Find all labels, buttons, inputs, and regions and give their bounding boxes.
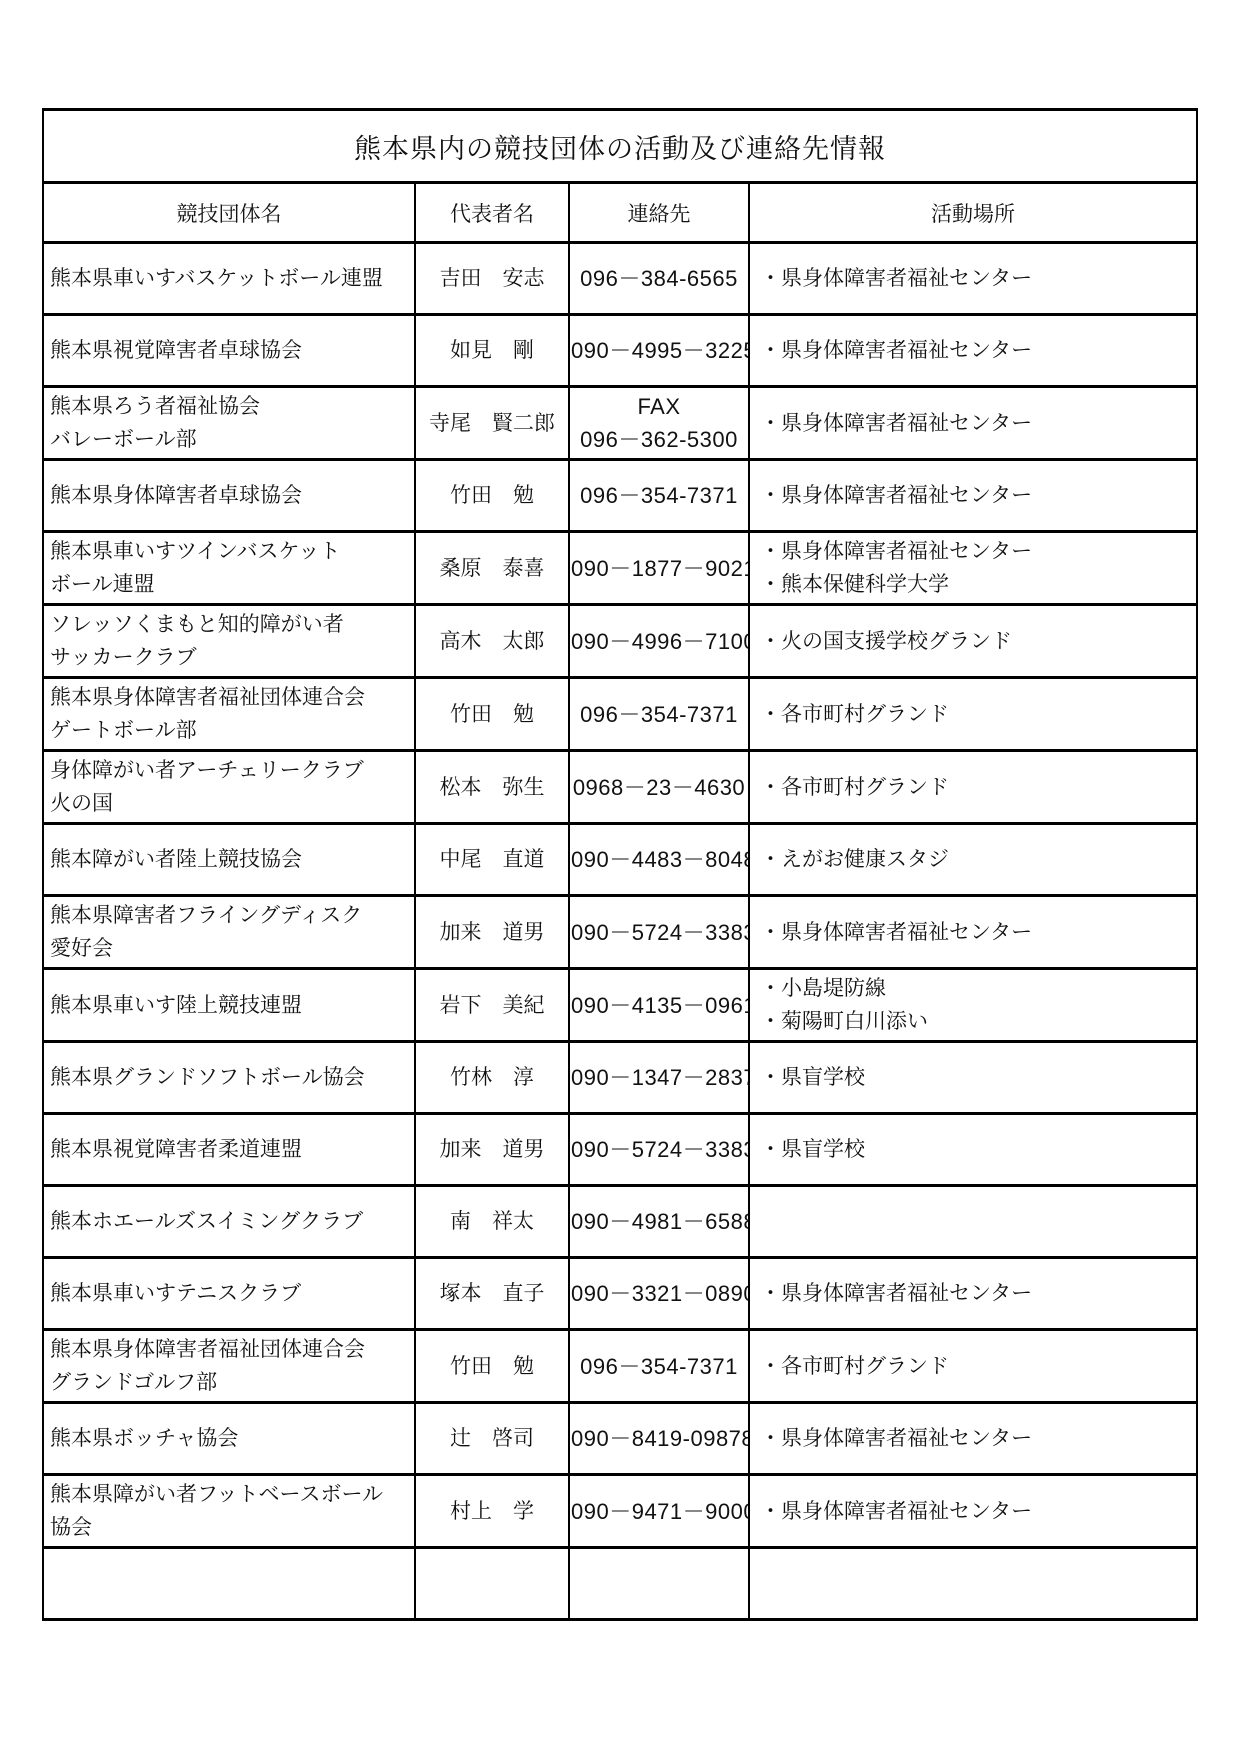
contact-cell: 096－384-6565 [569,243,749,315]
organization-cell [43,1548,415,1620]
location-cell: ・各市町村グランド [749,1330,1197,1403]
cell-line: 090－9471－9000 [571,1495,747,1528]
organization-cell: 熊本県身体障害者卓球協会 [43,460,415,532]
cell-line: ソレッソくまもと知的障がい者 [50,608,410,641]
location-cell: ・県身体障害者福祉センター [749,387,1197,460]
organization-cell: ソレッソくまもと知的障がい者サッカークラブ [43,605,415,678]
cell-line: 吉田 安志 [417,262,567,295]
cell-line: 090－8419-09878 [571,1422,747,1455]
organization-cell: 熊本県身体障害者福祉団体連合会グランドゴルフ部 [43,1330,415,1403]
representative-cell: 竹田 勉 [415,460,569,532]
cell-line: 熊本障がい者陸上競技協会 [50,843,410,876]
cell-line: 寺尾 賢二郎 [417,407,567,440]
contact-cell: 096－354-7371 [569,678,749,751]
cell-line: 熊本県ろう者福祉協会 [50,390,410,423]
cell-line: 加来 道男 [417,1133,567,1166]
representative-cell: 村上 学 [415,1475,569,1548]
cell-line: 096－362-5300 [571,423,747,456]
organization-cell: 熊本県グランドソフトボール協会 [43,1042,415,1114]
table-row: 熊本県身体障害者福祉団体連合会グランドゴルフ部竹田 勉096－354-7371・… [43,1330,1197,1403]
representative-cell: 加来 道男 [415,1114,569,1186]
cell-line: ・県身体障害者福祉センター [760,535,1192,568]
cell-line: 愛好会 [50,932,410,965]
table-row: 熊本県視覚障害者卓球協会如見 剛090－4995－3225・県身体障害者福祉セン… [43,315,1197,387]
table-row: 熊本県車いす陸上競技連盟岩下 美紀090－4135－0961・小島堤防線・菊陽町… [43,969,1197,1042]
table-row: 熊本県車いすバスケットボール連盟吉田 安志096－384-6565・県身体障害者… [43,243,1197,315]
contact-cell: 090－9471－9000 [569,1475,749,1548]
cell-line: 熊本県車いすテニスクラブ [50,1277,410,1310]
cell-line: 如見 剛 [417,334,567,367]
representative-cell: 桑原 泰喜 [415,532,569,605]
cell-line: 熊本県視覚障害者卓球協会 [50,334,410,367]
table-title-row: 熊本県内の競技団体の活動及び連絡先情報 [43,110,1197,183]
contact-cell: 090－4135－0961 [569,969,749,1042]
representative-cell: 辻 啓司 [415,1403,569,1475]
location-cell: ・各市町村グランド [749,751,1197,824]
cell-line: 0968－23－4630 [571,771,747,804]
cell-line: 松本 弥生 [417,771,567,804]
cell-line: 熊本県障がい者フットベースボール [50,1478,410,1511]
cell-line: ・各市町村グランド [760,698,1192,731]
cell-line: 竹田 勉 [417,479,567,512]
cell-line: 熊本ホエールズスイミングクラブ [50,1205,410,1238]
representative-cell: 高木 太郎 [415,605,569,678]
representative-cell: 塚本 直子 [415,1258,569,1330]
location-cell: ・県身体障害者福祉センター [749,896,1197,969]
location-cell: ・県身体障害者福祉センター [749,460,1197,532]
contact-cell: 090－3321－0890 [569,1258,749,1330]
organization-cell: 熊本県車いすバスケットボール連盟 [43,243,415,315]
cell-line: 熊本県車いすツインバスケット [50,535,410,568]
cell-line: 辻 啓司 [417,1422,567,1455]
table-row: 熊本障がい者陸上競技協会中尾 直道090－4483－8048・えがお健康スタジ [43,824,1197,896]
table-row: 熊本県グランドソフトボール協会竹林 淳090－1347－2837・県盲学校 [43,1042,1197,1114]
location-cell: ・各市町村グランド [749,678,1197,751]
cell-line: グランドゴルフ部 [50,1366,410,1399]
location-cell: ・県盲学校 [749,1114,1197,1186]
contact-info-table: 熊本県内の競技団体の活動及び連絡先情報 競技団体名 代表者名 連絡先 活動場所 … [42,108,1198,1621]
representative-cell: 吉田 安志 [415,243,569,315]
cell-line: 火の国 [50,787,410,820]
table-row: 身体障がい者アーチェリークラブ火の国松本 弥生0968－23－4630・各市町村… [43,751,1197,824]
table-row [43,1548,1197,1620]
cell-line: 桑原 泰喜 [417,552,567,585]
cell-line: 竹田 勉 [417,698,567,731]
location-cell: ・県身体障害者福祉センター [749,315,1197,387]
representative-cell: 竹田 勉 [415,1330,569,1403]
contact-cell: 0968－23－4630 [569,751,749,824]
cell-line: ・県身体障害者福祉センター [760,1277,1192,1310]
location-cell: ・県身体障害者福祉センター [749,243,1197,315]
cell-line: ・県身体障害者福祉センター [760,1422,1192,1455]
cell-line: 090－5724－3383 [571,916,747,949]
contact-cell: 090－1877－9021 [569,532,749,605]
contact-cell: 090－4996－7100 [569,605,749,678]
table-header-row: 競技団体名 代表者名 連絡先 活動場所 [43,183,1197,243]
cell-line: 090－4995－3225 [571,334,747,367]
cell-line: ・県身体障害者福祉センター [760,916,1192,949]
cell-line: ・県身体障害者福祉センター [760,407,1192,440]
representative-cell: 加来 道男 [415,896,569,969]
location-cell: ・県盲学校 [749,1042,1197,1114]
cell-line: 096－354-7371 [571,698,747,731]
cell-line: 096－384-6565 [571,262,747,295]
cell-line: 090－4135－0961 [571,989,747,1022]
cell-line: 熊本県身体障害者福祉団体連合会 [50,1333,410,1366]
cell-line: ・県盲学校 [760,1133,1192,1166]
cell-line: サッカークラブ [50,641,410,674]
column-header-location: 活動場所 [749,183,1197,243]
organization-cell: 熊本県車いすテニスクラブ [43,1258,415,1330]
organization-cell: 熊本県車いす陸上競技連盟 [43,969,415,1042]
cell-line: ・えがお健康スタジ [760,843,1192,876]
table-row: 熊本県ろう者福祉協会バレーボール部寺尾 賢二郎FAX096－362-5300・県… [43,387,1197,460]
cell-line: 096－354-7371 [571,1350,747,1383]
location-cell: ・小島堤防線・菊陽町白川添い [749,969,1197,1042]
cell-line: 身体障がい者アーチェリークラブ [50,754,410,787]
cell-line: 090－4996－7100 [571,625,747,658]
representative-cell [415,1548,569,1620]
cell-line: 090－3321－0890 [571,1277,747,1310]
column-header-contact: 連絡先 [569,183,749,243]
cell-line: 090－1877－9021 [571,552,747,585]
cell-line: 090－1347－2837 [571,1061,747,1094]
table-row: 熊本県障害者フライングディスク愛好会加来 道男090－5724－3383・県身体… [43,896,1197,969]
organization-cell: 熊本県身体障害者福祉団体連合会ゲートボール部 [43,678,415,751]
representative-cell: 如見 剛 [415,315,569,387]
table-row: 熊本県視覚障害者柔道連盟加来 道男090－5724－3383・県盲学校 [43,1114,1197,1186]
cell-line: 南 祥太 [417,1205,567,1238]
cell-line: ・火の国支援学校グランド [760,625,1192,658]
cell-line: FAX [571,390,747,423]
organization-cell: 熊本県ボッチャ協会 [43,1403,415,1475]
location-cell: ・県身体障害者福祉センター・熊本保健科学大学 [749,532,1197,605]
location-cell: ・県身体障害者福祉センター [749,1475,1197,1548]
cell-line: ボール連盟 [50,568,410,601]
cell-line: ・熊本保健科学大学 [760,568,1192,601]
organization-cell: 熊本県車いすツインバスケットボール連盟 [43,532,415,605]
cell-line: ・菊陽町白川添い [760,1005,1192,1038]
cell-line: 090－5724－3383 [571,1133,747,1166]
contact-cell [569,1548,749,1620]
cell-line: 加来 道男 [417,916,567,949]
column-header-representative: 代表者名 [415,183,569,243]
representative-cell: 竹林 淳 [415,1042,569,1114]
contact-cell: 096－354-7371 [569,1330,749,1403]
organization-cell: 熊本ホエールズスイミングクラブ [43,1186,415,1258]
cell-line: 竹林 淳 [417,1061,567,1094]
cell-line: ・県身体障害者福祉センター [760,334,1192,367]
location-cell [749,1548,1197,1620]
organization-cell: 熊本県ろう者福祉協会バレーボール部 [43,387,415,460]
cell-line: ・各市町村グランド [760,1350,1192,1383]
contact-cell: 090－4981－6588 [569,1186,749,1258]
cell-line: 塚本 直子 [417,1277,567,1310]
location-cell: ・火の国支援学校グランド [749,605,1197,678]
location-cell: ・県身体障害者福祉センター [749,1258,1197,1330]
cell-line: 熊本県身体障害者卓球協会 [50,479,410,512]
representative-cell: 寺尾 賢二郎 [415,387,569,460]
cell-line: 熊本県グランドソフトボール協会 [50,1061,410,1094]
cell-line: 090－4483－8048 [571,843,747,876]
cell-line: ・県盲学校 [760,1061,1192,1094]
organization-cell: 熊本障がい者陸上競技協会 [43,824,415,896]
cell-line: 竹田 勉 [417,1350,567,1383]
cell-line: 熊本県ボッチャ協会 [50,1422,410,1455]
representative-cell: 中尾 直道 [415,824,569,896]
contact-cell: 090－8419-09878 [569,1403,749,1475]
cell-line: ・県身体障害者福祉センター [760,479,1192,512]
cell-line: 熊本県視覚障害者柔道連盟 [50,1133,410,1166]
cell-line: ゲートボール部 [50,714,410,747]
cell-line: 096－354-7371 [571,479,747,512]
contact-cell: 090－5724－3383 [569,1114,749,1186]
location-cell [749,1186,1197,1258]
cell-line: バレーボール部 [50,423,410,456]
cell-line: 熊本県車いすバスケットボール連盟 [50,262,410,295]
cell-line: 協会 [50,1511,410,1544]
cell-line: ・各市町村グランド [760,771,1192,804]
cell-line: 熊本県車いす陸上競技連盟 [50,989,410,1022]
table-row: 熊本県車いすテニスクラブ塚本 直子090－3321－0890・県身体障害者福祉セ… [43,1258,1197,1330]
table-row: 熊本県身体障害者卓球協会竹田 勉096－354-7371・県身体障害者福祉センタ… [43,460,1197,532]
organization-cell: 熊本県視覚障害者柔道連盟 [43,1114,415,1186]
representative-cell: 岩下 美紀 [415,969,569,1042]
cell-line: ・県身体障害者福祉センター [760,1495,1192,1528]
cell-line: 高木 太郎 [417,625,567,658]
cell-line: ・県身体障害者福祉センター [760,262,1192,295]
contact-cell: 096－354-7371 [569,460,749,532]
contact-cell: 090－4995－3225 [569,315,749,387]
table-row: ソレッソくまもと知的障がい者サッカークラブ高木 太郎090－4996－7100・… [43,605,1197,678]
contact-cell: FAX096－362-5300 [569,387,749,460]
table-row: 熊本県身体障害者福祉団体連合会ゲートボール部竹田 勉096－354-7371・各… [43,678,1197,751]
document-page: 熊本県内の競技団体の活動及び連絡先情報 競技団体名 代表者名 連絡先 活動場所 … [0,0,1240,1754]
contact-cell: 090－5724－3383 [569,896,749,969]
table-row: 熊本県障がい者フットベースボール協会村上 学090－9471－9000・県身体障… [43,1475,1197,1548]
representative-cell: 南 祥太 [415,1186,569,1258]
cell-line: 090－4981－6588 [571,1205,747,1238]
cell-line: ・小島堤防線 [760,972,1192,1005]
column-header-organization: 競技団体名 [43,183,415,243]
representative-cell: 松本 弥生 [415,751,569,824]
table-row: 熊本県車いすツインバスケットボール連盟桑原 泰喜090－1877－9021・県身… [43,532,1197,605]
table-body: 熊本県車いすバスケットボール連盟吉田 安志096－384-6565・県身体障害者… [43,243,1197,1620]
location-cell: ・県身体障害者福祉センター [749,1403,1197,1475]
cell-line: 中尾 直道 [417,843,567,876]
organization-cell: 熊本県障がい者フットベースボール協会 [43,1475,415,1548]
cell-line: 村上 学 [417,1495,567,1528]
location-cell: ・えがお健康スタジ [749,824,1197,896]
organization-cell: 熊本県障害者フライングディスク愛好会 [43,896,415,969]
cell-line: 岩下 美紀 [417,989,567,1022]
table-row: 熊本県ボッチャ協会辻 啓司090－8419-09878・県身体障害者福祉センター [43,1403,1197,1475]
contact-cell: 090－1347－2837 [569,1042,749,1114]
table-title: 熊本県内の競技団体の活動及び連絡先情報 [43,110,1197,183]
contact-cell: 090－4483－8048 [569,824,749,896]
cell-line: 熊本県身体障害者福祉団体連合会 [50,681,410,714]
organization-cell: 熊本県視覚障害者卓球協会 [43,315,415,387]
representative-cell: 竹田 勉 [415,678,569,751]
cell-line: 熊本県障害者フライングディスク [50,899,410,932]
organization-cell: 身体障がい者アーチェリークラブ火の国 [43,751,415,824]
table-row: 熊本ホエールズスイミングクラブ南 祥太090－4981－6588 [43,1186,1197,1258]
